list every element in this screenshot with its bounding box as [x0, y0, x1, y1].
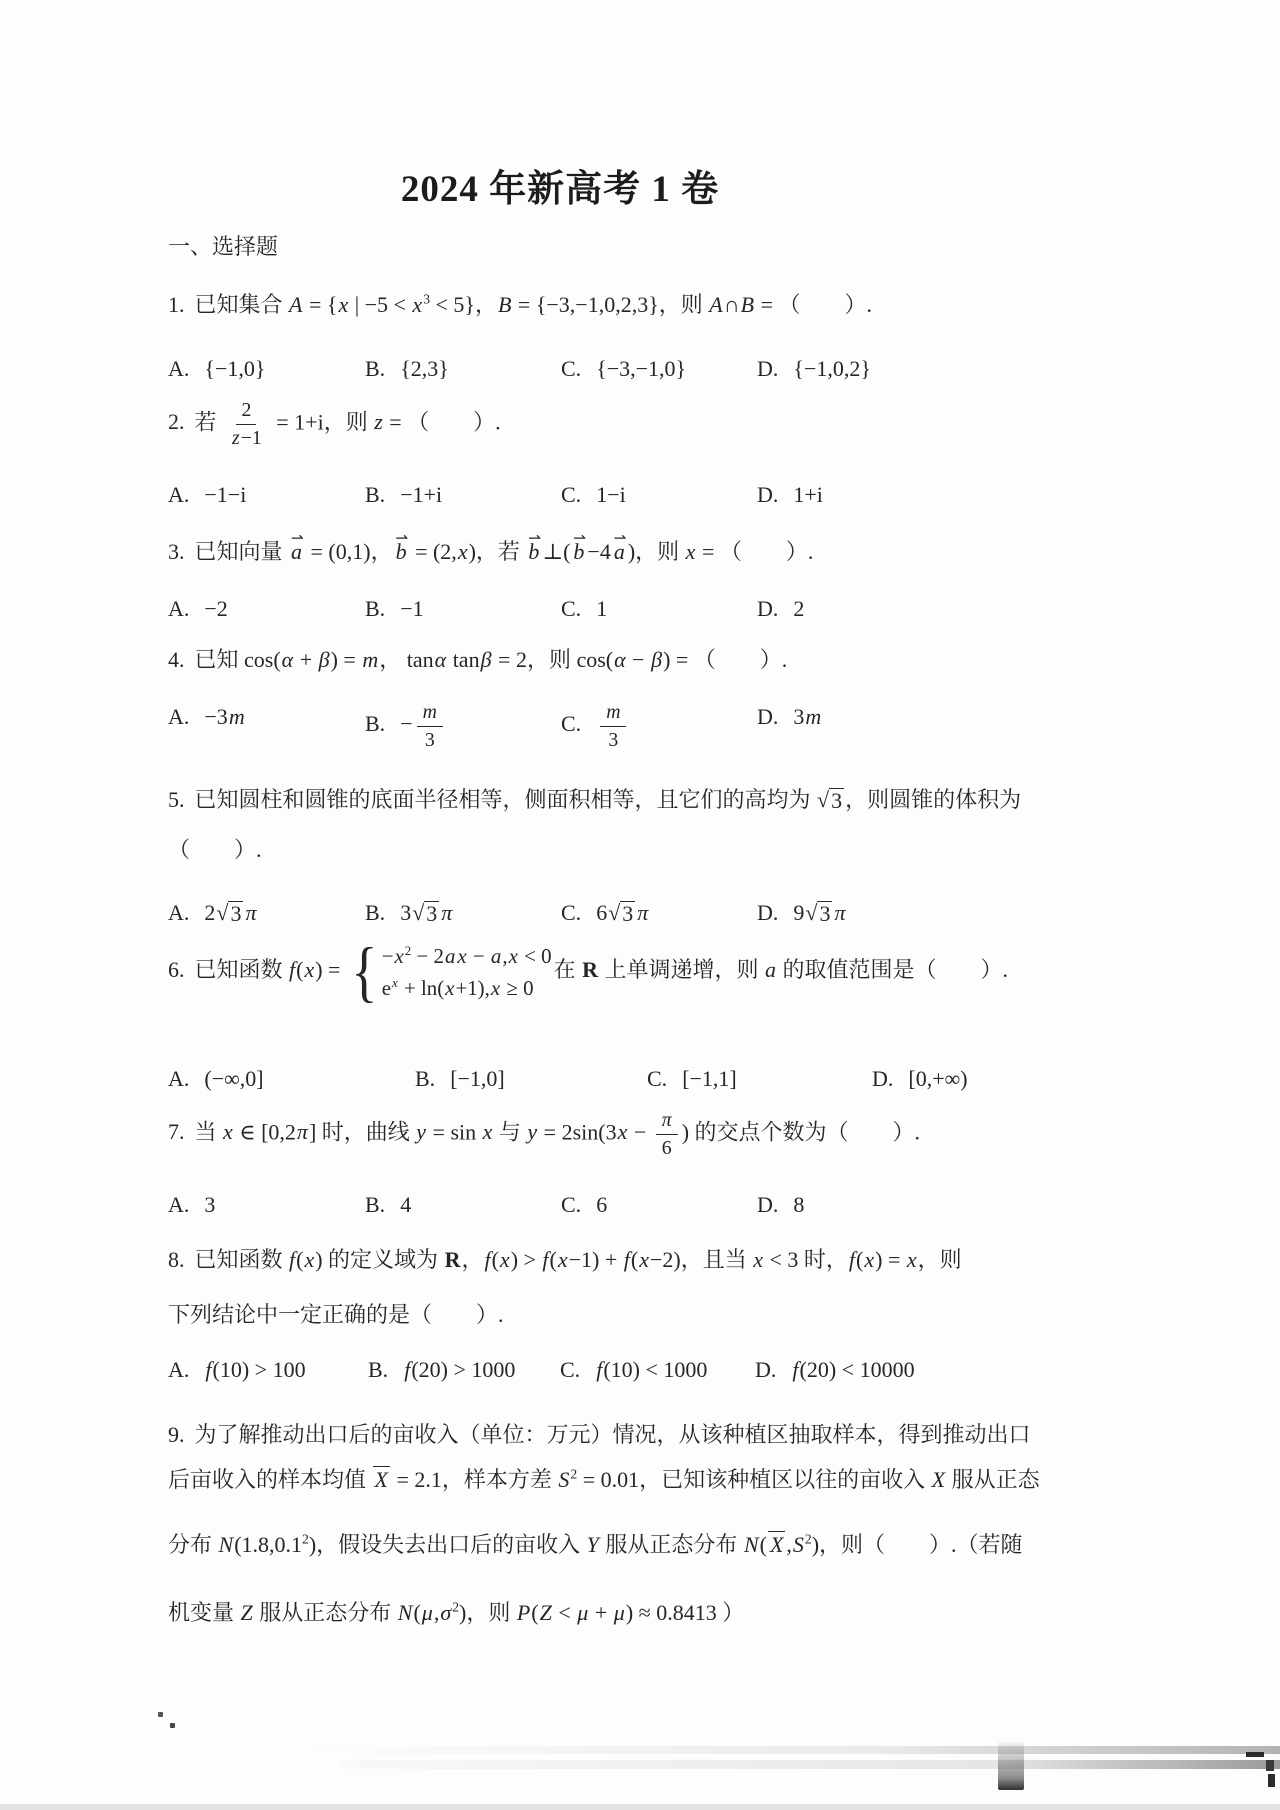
option-label: C. [561, 896, 581, 930]
math-var: α [281, 647, 295, 672]
math-var: A [708, 292, 723, 317]
option-A: A.(−∞,0] [168, 1062, 415, 1096]
option-C: C.6 [561, 1188, 757, 1222]
math-var: x [863, 1247, 875, 1272]
page-bottom-edge [0, 1804, 1280, 1810]
option-label: B. [365, 478, 385, 512]
math-var: x [457, 539, 469, 564]
option-value: (−∞,0] [204, 1066, 263, 1091]
math-var: X [931, 1467, 946, 1492]
vector-var: ⇀b [527, 533, 540, 569]
option-B: B.3√3π [365, 896, 561, 930]
question-number: 6. [168, 957, 185, 982]
option-value: 2√3π [204, 900, 257, 925]
sample-mean-var: X [373, 1466, 390, 1491]
option-label: B. [365, 707, 385, 741]
math-var: a [490, 944, 502, 968]
option-value: 6√3π [596, 900, 649, 925]
option-label: A. [168, 700, 189, 734]
question-number: 8. [168, 1247, 185, 1272]
radical-sign-icon: √ [817, 788, 829, 812]
math-var: x [303, 1247, 315, 1272]
fraction-denominator: 3 [603, 727, 623, 753]
option-B: B.[−1,0] [415, 1062, 647, 1096]
sqrt-radical: √3 [216, 901, 243, 926]
radicand: 3 [817, 901, 832, 926]
question-4-line-1: 4.已知 cos(α + β) = m， tanα tanβ = 2，则 cos… [168, 643, 1260, 677]
math-var: m [422, 701, 438, 723]
question-number: 9. [168, 1422, 185, 1447]
math-var: f [483, 1247, 491, 1272]
math-var: f [848, 1247, 856, 1272]
question-9-line-2: 后亩收入的样本均值 X = 2.1，样本方差 S2 = 0.01，已知该种植区以… [168, 1463, 1260, 1497]
fraction: m3 [417, 700, 443, 752]
option-label: D. [757, 896, 778, 930]
option-label: A. [168, 1188, 189, 1222]
option-value: f(20) > 1000 [403, 1357, 515, 1382]
math-var: f [541, 1247, 549, 1272]
option-value: 3m [793, 704, 822, 729]
question-1-options: A.{−1,0}B.{2,3}C.{−3,−1,0}D.{−1,0,2} [168, 352, 1260, 386]
option-label: B. [365, 896, 385, 930]
fraction: 2z−1 [226, 398, 267, 450]
math-var: α [613, 647, 627, 672]
math-var: m [361, 647, 379, 672]
option-value: −2 [204, 596, 227, 621]
question-8-line-2: 下列结论中一定正确的是（ ）. [168, 1298, 1260, 1332]
brace-icon: { [351, 943, 377, 1001]
math-var: P [516, 1600, 531, 1625]
math-var: x [222, 1119, 234, 1144]
option-A: A.2√3π [168, 896, 365, 930]
question-1-line-1: 1.已知集合 A = {x | −5 < x3 < 5}，B = {−3,−1,… [168, 288, 1260, 322]
option-D: D.9√3π [757, 896, 1260, 930]
math-var: x [303, 957, 315, 982]
question-number: 3. [168, 539, 185, 564]
math-var: B [740, 292, 755, 317]
option-label: A. [168, 896, 189, 930]
question-number: 5. [168, 787, 185, 812]
math-var: π [833, 900, 846, 925]
math-var: x [638, 1247, 650, 1272]
radical-sign-icon: √ [216, 901, 228, 925]
piecewise-row: −x2 − 2ax − a,x < 0 [382, 943, 552, 969]
math-var: Z [240, 1600, 254, 1625]
option-C: C.m3 [561, 700, 757, 752]
scan-mark [1268, 1774, 1275, 1787]
option-label: C. [561, 1188, 581, 1222]
vector-var: ⇀a [613, 533, 626, 569]
option-label: C. [561, 478, 581, 512]
fraction-numerator: π [656, 1108, 678, 1135]
option-value: −1+i [400, 482, 442, 507]
math-var: y [526, 1119, 538, 1144]
option-value: 8 [793, 1192, 804, 1217]
math-var: x [499, 1247, 511, 1272]
option-D: D.f(20) < 10000 [755, 1353, 1260, 1387]
section-heading: 一、选择题 [168, 230, 278, 261]
radicand: 3 [424, 901, 439, 926]
math-var: f [595, 1357, 603, 1382]
question-number: 4. [168, 647, 185, 672]
question-6-line-1: 6.已知函数 f(x) = {−x2 − 2ax − a,x < 0ex + l… [168, 943, 1260, 1001]
option-B: B.−1+i [365, 478, 561, 512]
question-number: 7. [168, 1119, 185, 1144]
option-value: 4 [400, 1192, 411, 1217]
option-value: 1−i [596, 482, 626, 507]
exam-page: 2024 年新高考 1 卷 一、选择题 1.已知集合 A = {x | −5 <… [0, 0, 1280, 1810]
page-title: 2024 年新高考 1 卷 [0, 158, 1120, 212]
math-var: β [318, 647, 331, 672]
sample-mean-var: X [768, 1531, 785, 1556]
vector-arrow-icon: ⇀ [395, 521, 408, 555]
math-var: a [444, 944, 456, 968]
question-7-line-1: 7.当 x ∈ [0,2π] 时，曲线 y = sin x 与 y = 2sin… [168, 1108, 1260, 1160]
superscript: 2 [805, 1532, 812, 1547]
option-B: B.−m3 [365, 700, 561, 752]
scan-streak [300, 1746, 1280, 1754]
math-var: N [743, 1532, 760, 1557]
math-var: S [792, 1532, 805, 1557]
math-var: π [244, 900, 257, 925]
math-var: a [764, 957, 777, 982]
math-var: x [906, 1247, 918, 1272]
math-var: x [444, 976, 455, 1000]
math-var: x [557, 1247, 569, 1272]
option-label: C. [561, 707, 581, 741]
option-D: D.3m [757, 700, 1260, 752]
math-var: y [415, 1119, 427, 1144]
question-3-options: A.−2B.−1C.1D.2 [168, 592, 1260, 626]
option-value: 9√3π [793, 900, 846, 925]
question-number: 2. [168, 409, 185, 434]
option-B: B.4 [365, 1188, 561, 1222]
scan-mark [1266, 1760, 1274, 1771]
math-var: π [636, 900, 649, 925]
math-bold-set: R [581, 957, 599, 982]
option-A: A.−3m [168, 700, 365, 752]
option-label: A. [168, 1353, 189, 1387]
sqrt-radical: √3 [805, 901, 832, 926]
question-5-line-2: （ ）. [168, 833, 1260, 867]
math-var: x [685, 539, 697, 564]
vector-var: ⇀a [290, 533, 303, 569]
question-number: 1. [168, 292, 185, 317]
option-label: D. [757, 592, 778, 626]
option-value: 1+i [793, 482, 823, 507]
fraction-numerator: m [417, 700, 443, 727]
vector-var: ⇀b [572, 533, 585, 569]
option-label: B. [365, 1188, 385, 1222]
math-var: Z [539, 1600, 553, 1625]
option-B: B.f(20) > 1000 [368, 1353, 560, 1387]
math-var: f [791, 1357, 799, 1382]
vector-arrow-icon: ⇀ [614, 521, 627, 555]
option-value: m3 [596, 711, 630, 736]
scan-smudge [998, 1742, 1024, 1790]
question-8-options: A.f(10) > 100B.f(20) > 1000C.f(10) < 100… [168, 1353, 1260, 1387]
question-9-line-1: 9.为了解推动出口后的亩收入（单位：万元）情况，从该种植区抽取样本，得到推动出口 [168, 1418, 1260, 1452]
math-var: m [804, 704, 822, 729]
option-label: C. [560, 1353, 580, 1387]
radical-sign-icon: √ [608, 901, 620, 925]
option-label: A. [168, 592, 189, 626]
option-D: D.8 [757, 1188, 1260, 1222]
scan-mark [1246, 1752, 1264, 1757]
option-C: C.[−1,1] [647, 1062, 872, 1096]
fraction-numerator: 2 [236, 398, 256, 425]
question-5-line-1: 5.已知圆柱和圆锥的底面半径相等，侧面积相等，且它们的高均为 √3，则圆锥的体积… [168, 783, 1260, 817]
question-2-options: A.−1−iB.−1+iC.1−iD.1+i [168, 478, 1260, 512]
option-A: A.{−1,0} [168, 352, 365, 386]
question-7-options: A.3B.4C.6D.8 [168, 1188, 1260, 1222]
fraction-denominator: z−1 [226, 425, 267, 451]
question-3-line-1: 3.已知向量 ⇀a = (0,1)，⇀b = (2,x)，若 ⇀b⊥(⇀b−4⇀… [168, 533, 1260, 569]
superscript: 2 [452, 1600, 459, 1615]
question-2-line-1: 2.若 2z−1 = 1+i，则 z = （ ）. [168, 398, 1260, 450]
superscript: x [391, 975, 399, 990]
option-A: A.3 [168, 1188, 365, 1222]
option-C: C.1 [561, 592, 757, 626]
option-label: B. [368, 1353, 388, 1387]
math-var: α [434, 647, 448, 672]
math-var: π [296, 1119, 309, 1144]
scan-speck [158, 1712, 163, 1717]
option-value: [−1,1] [682, 1066, 737, 1091]
option-A: A.−2 [168, 592, 365, 626]
math-var: x [482, 1119, 494, 1144]
piecewise-row: ex + ln(x+1),x ≥ 0 [382, 975, 552, 1001]
question-9-line-3: 分布 N(1.8,0.12)，假设失去出口后的亩收入 Y 服从正态分布 N(X,… [168, 1528, 1260, 1562]
vector-arrow-icon: ⇀ [528, 521, 541, 555]
option-label: A. [168, 478, 189, 512]
vector-arrow-icon: ⇀ [291, 521, 304, 555]
option-value: −3m [204, 704, 245, 729]
option-label: B. [415, 1062, 435, 1096]
math-var: f [288, 957, 296, 982]
math-var: x [394, 944, 405, 968]
fraction: m3 [600, 700, 626, 752]
fraction-denominator: 3 [420, 727, 440, 753]
option-value: {−1,0,2} [793, 356, 871, 381]
math-var: β [480, 647, 493, 672]
math-var: f [288, 1247, 296, 1272]
option-label: D. [872, 1062, 893, 1096]
vector-var: ⇀b [395, 533, 408, 569]
fraction-numerator: m [600, 700, 626, 727]
superscript: 2 [405, 943, 411, 958]
sqrt-radical: √3 [412, 901, 439, 926]
math-var: N [397, 1600, 414, 1625]
option-value: −m3 [400, 711, 447, 736]
option-value: f(20) < 10000 [791, 1357, 914, 1382]
option-value: −1 [400, 596, 423, 621]
piecewise-function: {−x2 − 2ax − a,x < 0ex + ln(x+1),x ≥ 0 [348, 943, 552, 1001]
math-var: x [508, 944, 519, 968]
option-C: C.1−i [561, 478, 757, 512]
option-B: B.{2,3} [365, 352, 561, 386]
math-var: x [617, 1119, 629, 1144]
option-D: D.{−1,0,2} [757, 352, 1260, 386]
superscript: 3 [423, 292, 430, 307]
math-var: m [605, 701, 621, 723]
option-label: A. [168, 352, 189, 386]
option-label: D. [757, 478, 778, 512]
fraction: π6 [656, 1108, 678, 1160]
math-var: m [228, 704, 246, 729]
math-var: x [337, 292, 349, 317]
math-var: A [288, 292, 303, 317]
superscript: 2 [302, 1532, 309, 1547]
question-6-options: A.(−∞,0]B.[−1,0]C.[−1,1]D.[0,+∞) [168, 1062, 1260, 1096]
option-label: C. [647, 1062, 667, 1096]
vector-arrow-icon: ⇀ [573, 521, 586, 555]
option-label: C. [561, 352, 581, 386]
option-value: 3√3π [400, 900, 453, 925]
option-D: D.[0,+∞) [872, 1062, 1260, 1096]
option-label: D. [757, 1188, 778, 1222]
option-value: 6 [596, 1192, 607, 1217]
option-C: C.f(10) < 1000 [560, 1353, 755, 1387]
math-var: μ [421, 1600, 434, 1625]
option-label: D. [757, 700, 778, 734]
radicand: 3 [228, 901, 243, 926]
math-var: f [403, 1357, 411, 1382]
option-C: C.6√3π [561, 896, 757, 930]
option-label: D. [757, 352, 778, 386]
math-var: π [440, 900, 453, 925]
option-label: C. [561, 592, 581, 626]
superscript: 2 [570, 1467, 577, 1482]
option-D: D.2 [757, 592, 1260, 626]
radical-sign-icon: √ [412, 901, 424, 925]
math-var: x [490, 976, 501, 1000]
radicand: 3 [829, 788, 844, 813]
math-var: x [391, 975, 399, 990]
option-value: 2 [793, 596, 804, 621]
math-var: x [411, 292, 423, 317]
option-value: f(10) > 100 [204, 1357, 305, 1382]
question-5-options: A.2√3πB.3√3πC.6√3πD.9√3π [168, 896, 1260, 930]
radicand: 3 [620, 901, 635, 926]
math-var: z [373, 409, 384, 434]
option-value: {2,3} [400, 356, 449, 381]
radical-sign-icon: √ [805, 901, 817, 925]
question-4-options: A.−3mB.−m3C.m3D.3m [168, 700, 1260, 752]
math-var: S [557, 1467, 570, 1492]
scan-speck [170, 1723, 175, 1728]
option-label: B. [365, 592, 385, 626]
option-label: D. [755, 1353, 776, 1387]
option-value: {−3,−1,0} [596, 356, 686, 381]
math-var: f [204, 1357, 212, 1382]
math-var: σ [439, 1600, 452, 1625]
math-var: x [456, 944, 467, 968]
option-D: D.1+i [757, 478, 1260, 512]
option-C: C.{−3,−1,0} [561, 352, 757, 386]
question-9-line-4: 机变量 Z 服从正态分布 N(μ,σ2)，则 P(Z < μ + μ) ≈ 0.… [168, 1596, 1260, 1630]
option-B: B.−1 [365, 592, 561, 626]
option-value: f(10) < 1000 [595, 1357, 707, 1382]
option-value: {−1,0} [204, 356, 265, 381]
option-label: B. [365, 352, 385, 386]
fraction-denominator: 6 [657, 1135, 677, 1161]
option-label: A. [168, 1062, 189, 1096]
option-A: A.−1−i [168, 478, 365, 512]
math-var: B [497, 292, 512, 317]
math-var: π [661, 1109, 673, 1131]
option-value: [−1,0] [450, 1066, 505, 1091]
math-var: f [623, 1247, 631, 1272]
option-value: −1−i [204, 482, 246, 507]
scan-streak [340, 1760, 1280, 1769]
sqrt-radical: √3 [817, 788, 844, 813]
math-var: z [231, 427, 241, 449]
math-var: N [218, 1532, 235, 1557]
math-bold-set: R [444, 1247, 462, 1272]
option-value: [0,+∞) [908, 1066, 967, 1091]
option-value: 1 [596, 596, 607, 621]
sqrt-radical: √3 [608, 901, 635, 926]
math-var: μ [613, 1600, 626, 1625]
math-var: β [650, 647, 663, 672]
option-A: A.f(10) > 100 [168, 1353, 368, 1387]
math-var: μ [576, 1600, 589, 1625]
question-8-line-1: 8.已知函数 f(x) 的定义域为 R，f(x) > f(x−1) + f(x−… [168, 1243, 1260, 1277]
math-var: x [752, 1247, 764, 1272]
math-var: Y [586, 1532, 600, 1557]
option-value: 3 [204, 1192, 215, 1217]
